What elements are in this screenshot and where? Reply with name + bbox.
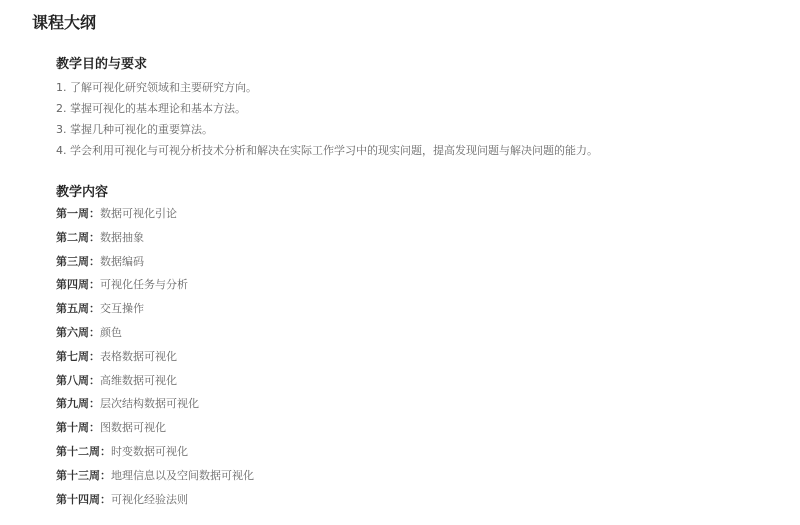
week-item: 第九周：层次结构数据可视化: [56, 395, 254, 419]
week-label: 第一周：: [56, 207, 100, 220]
week-item: 第六周：颜色: [56, 324, 254, 348]
week-item: 第十三周：地理信息以及空间数据可视化: [56, 467, 254, 491]
week-topic: 可视化任务与分析: [100, 278, 188, 291]
week-topic: 颜色: [100, 326, 122, 339]
week-label: 第十四周：: [56, 493, 111, 506]
week-label: 第十三周：: [56, 469, 111, 482]
goal-item: 4. 学会利用可视化与可视分析技术分析和解决在实际工作学习中的现实问题，提高发现…: [56, 140, 598, 161]
week-label: 第八周：: [56, 374, 100, 387]
goal-item: 1. 了解可视化研究领域和主要研究方向。: [56, 77, 598, 98]
page-title: 课程大纲: [32, 11, 96, 35]
week-topic: 数据抽象: [100, 231, 144, 244]
week-label: 第十周：: [56, 421, 100, 434]
week-item: 第二周：数据抽象: [56, 229, 254, 253]
weeks-list: 第一周：数据可视化引论 第二周：数据抽象 第三周：数据编码 第四周：可视化任务与…: [56, 205, 254, 514]
week-topic: 数据编码: [100, 255, 144, 268]
week-item: 第一周：数据可视化引论: [56, 205, 254, 229]
week-topic: 地理信息以及空间数据可视化: [111, 469, 254, 482]
week-label: 第三周：: [56, 255, 100, 268]
teaching-goals-section: 教学目的与要求 1. 了解可视化研究领域和主要研究方向。 2. 掌握可视化的基本…: [56, 56, 598, 161]
week-topic: 时变数据可视化: [111, 445, 188, 458]
week-topic: 交互操作: [100, 302, 144, 315]
week-topic: 图数据可视化: [100, 421, 166, 434]
goal-item: 2. 掌握可视化的基本理论和基本方法。: [56, 98, 598, 119]
goal-item: 3. 掌握几种可视化的重要算法。: [56, 119, 598, 140]
week-topic: 可视化经验法则: [111, 493, 188, 506]
week-label: 第七周：: [56, 350, 100, 363]
week-label: 第九周：: [56, 397, 100, 410]
goals-heading: 教学目的与要求: [56, 56, 598, 74]
week-item: 第五周：交互操作: [56, 300, 254, 324]
goals-list: 1. 了解可视化研究领域和主要研究方向。 2. 掌握可视化的基本理论和基本方法。…: [56, 77, 598, 161]
week-item: 第十二周：时变数据可视化: [56, 443, 254, 467]
week-label: 第五周：: [56, 302, 100, 315]
week-topic: 层次结构数据可视化: [100, 397, 199, 410]
week-topic: 表格数据可视化: [100, 350, 177, 363]
week-label: 第四周：: [56, 278, 100, 291]
week-item: 第三周：数据编码: [56, 253, 254, 277]
week-topic: 数据可视化引论: [100, 207, 177, 220]
week-item: 第四周：可视化任务与分析: [56, 276, 254, 300]
week-topic: 高维数据可视化: [100, 374, 177, 387]
week-label: 第六周：: [56, 326, 100, 339]
week-item: 第十周：图数据可视化: [56, 419, 254, 443]
week-label: 第二周：: [56, 231, 100, 244]
teaching-content-section: 教学内容 第一周：数据可视化引论 第二周：数据抽象 第三周：数据编码 第四周：可…: [56, 184, 254, 514]
week-item: 第八周：高维数据可视化: [56, 372, 254, 396]
week-label: 第十二周：: [56, 445, 111, 458]
content-heading: 教学内容: [56, 184, 254, 202]
week-item: 第十四周：可视化经验法则: [56, 491, 254, 515]
week-item: 第七周：表格数据可视化: [56, 348, 254, 372]
